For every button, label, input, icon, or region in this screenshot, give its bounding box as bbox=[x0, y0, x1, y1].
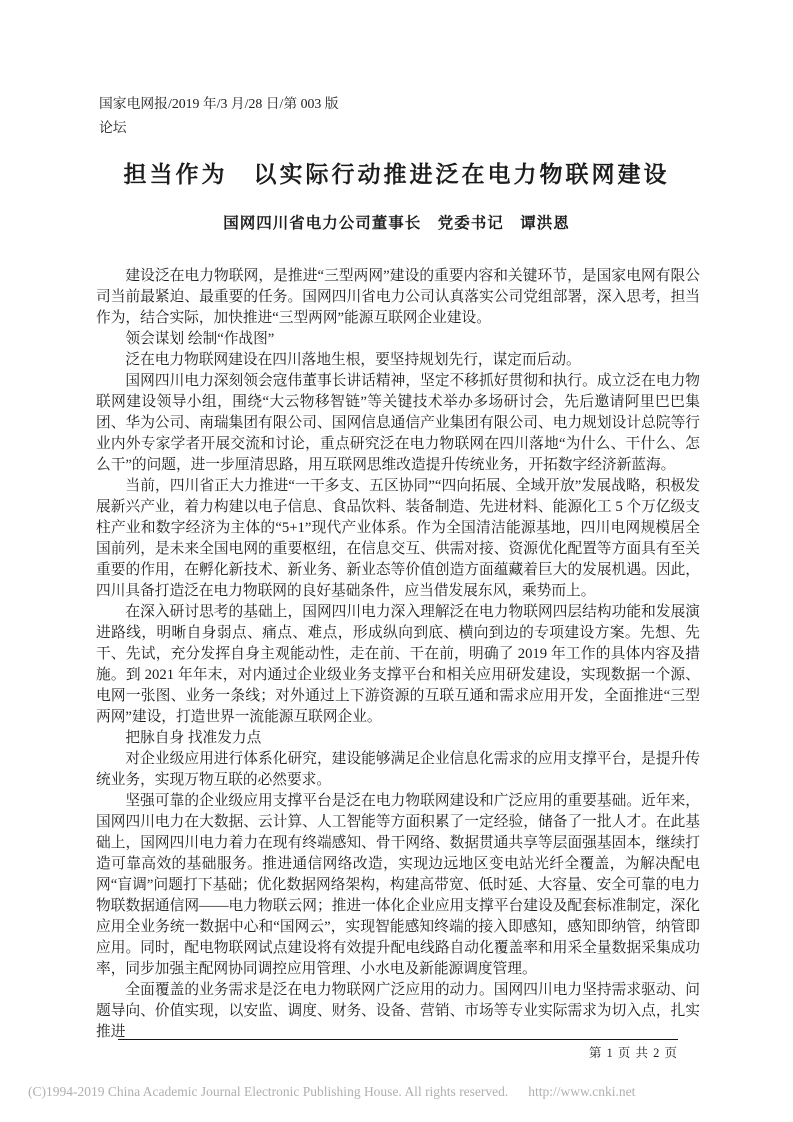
paragraph: 把脉自身 找准发力点 bbox=[96, 728, 700, 749]
source-line: 国家电网报/2019 年/3 月/28 日/第 003 版 bbox=[99, 92, 701, 116]
paragraph: 在深入研讨思考的基础上，国网四川电力深入理解泛在电力物联网四层结构功能和发展演进… bbox=[96, 602, 700, 728]
copyright-url: http://www.cnki.net bbox=[528, 1084, 635, 1099]
article-title: 担当作为 以实际行动推进泛在电力物联网建设 bbox=[60, 156, 733, 189]
paragraph: 泛在电力物联网建设在四川落地生根，要坚持规划先行，谋定而后动。 bbox=[96, 350, 700, 371]
paragraph: 对企业级应用进行体系化研究，建设能够满足企业信息化需求的应用支撑平台，是提升传统… bbox=[96, 749, 700, 791]
document-header: 国家电网报/2019 年/3 月/28 日/第 003 版 论坛 bbox=[99, 92, 701, 140]
paragraph: 坚强可靠的企业级应用支撑平台是泛在电力物联网建设和广泛应用的重要基础。近年来，国… bbox=[96, 791, 700, 980]
copyright-watermark: (C)1994-2019 China Academic Journal Elec… bbox=[28, 1084, 773, 1100]
footer-rule bbox=[118, 1039, 678, 1040]
page-indicator: 第 1 页 共 2 页 bbox=[118, 1043, 678, 1061]
article-body: 建设泛在电力物联网，是推进“三型两网”建设的重要内容和关键环节，是国家电网有限公… bbox=[96, 266, 700, 1043]
paragraph: 国网四川电力深刻领会寇伟董事长讲话精神，坚定不移抓好贯彻和执行。成立泛在电力物联… bbox=[96, 371, 700, 476]
document-page: 国家电网报/2019 年/3 月/28 日/第 003 版 论坛 担当作为 以实… bbox=[0, 0, 793, 1122]
paragraph: 领会谋划 绘制“作战图” bbox=[96, 329, 700, 350]
article-byline: 国网四川省电力公司董事长 党委书记 谭洪恩 bbox=[60, 211, 733, 233]
paragraph: 全面覆盖的业务需求是泛在电力物联网广泛应用的动力。国网四川电力坚持需求驱动、问题… bbox=[96, 980, 700, 1043]
copyright-text: (C)1994-2019 China Academic Journal Elec… bbox=[28, 1084, 508, 1099]
paragraph: 当前，四川省正大力推进“一干多支、五区协同”“四向拓展、全域开放”发展战略，积极… bbox=[96, 476, 700, 602]
paragraph: 建设泛在电力物联网，是推进“三型两网”建设的重要内容和关键环节，是国家电网有限公… bbox=[96, 266, 700, 329]
section-label: 论坛 bbox=[99, 116, 701, 140]
